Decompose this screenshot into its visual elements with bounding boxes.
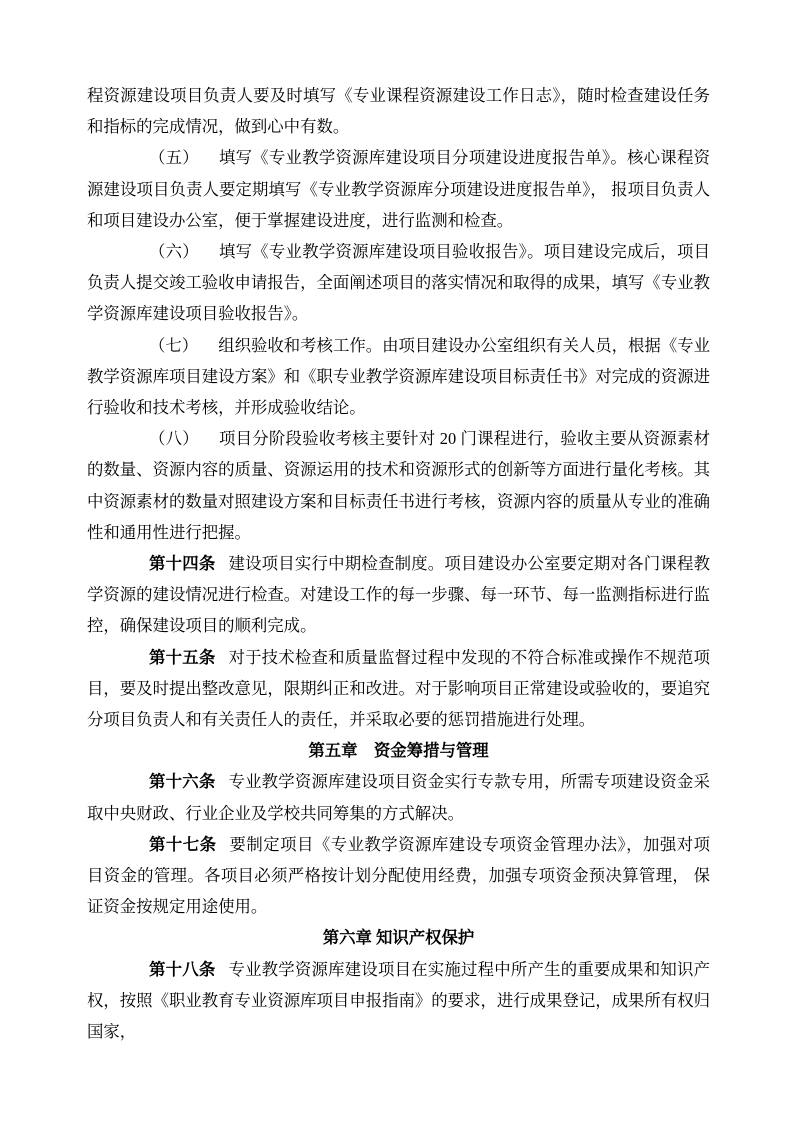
article-number: 第十七条 (149, 835, 216, 854)
item-marker: （六） (149, 242, 199, 261)
item-marker: （八） (149, 429, 199, 448)
paragraph-continuation: 程资源建设项目负责人要及时填写《专业课程资源建设工作日志》，随时检查建设任务和指… (87, 80, 710, 142)
article-paragraph-18: 第十八条专业教学资源库建设项目在实施过程中所产生的重要成果和知识产权，按照《职业… (87, 954, 710, 1048)
chapter-heading-6: 第六章 知识产权保护 (87, 922, 710, 953)
document-page: 程资源建设项目负责人要及时填写《专业课程资源建设工作日志》，随时检查建设任务和指… (0, 0, 793, 1122)
article-number: 第十八条 (149, 960, 215, 979)
article-number: 第十四条 (149, 554, 215, 573)
article-number: 第十五条 (149, 648, 215, 667)
chapter-heading-5: 第五章 资金筹措与管理 (87, 735, 710, 766)
item-paragraph-8: （八）项目分阶段验收考核主要针对 20 门课程进行，验收主要从资源素材的数量、资… (87, 423, 710, 548)
article-paragraph-17: 第十七条要制定项目《专业教学资源库建设专项资金管理办法》，加强对项目资金的管理。… (87, 829, 710, 923)
article-paragraph-16: 第十六条专业教学资源库建设项目资金实行专款专用，所需专项建设资金采取中央财政、行… (87, 766, 710, 828)
article-paragraph-15: 第十五条对于技术检查和质量监督过程中发现的不符合标准或操作不规范项目，要及时提出… (87, 642, 710, 736)
item-marker: （五） (149, 148, 199, 167)
item-paragraph-5: （五）填写《专业教学资源库建设项目分项建设进度报告单》。核心课程资源建设项目负责… (87, 142, 710, 236)
article-number: 第十六条 (149, 772, 215, 791)
article-paragraph-14: 第十四条建设项目实行中期检查制度。项目建设办公室要定期对各门课程教学资源的建设情… (87, 548, 710, 642)
paragraph-text: 程资源建设项目负责人要及时填写《专业课程资源建设工作日志》，随时检查建设任务和指… (87, 86, 710, 136)
item-paragraph-6: （六）填写《专业教学资源库建设项目验收报告》。项目建设完成后，项目负责人提交竣工… (87, 236, 710, 330)
item-paragraph-7: （七）组织验收和考核工作。由项目建设办公室组织有关人员，根据《专业教学资源库项目… (87, 330, 710, 424)
item-marker: （七） (149, 336, 198, 355)
